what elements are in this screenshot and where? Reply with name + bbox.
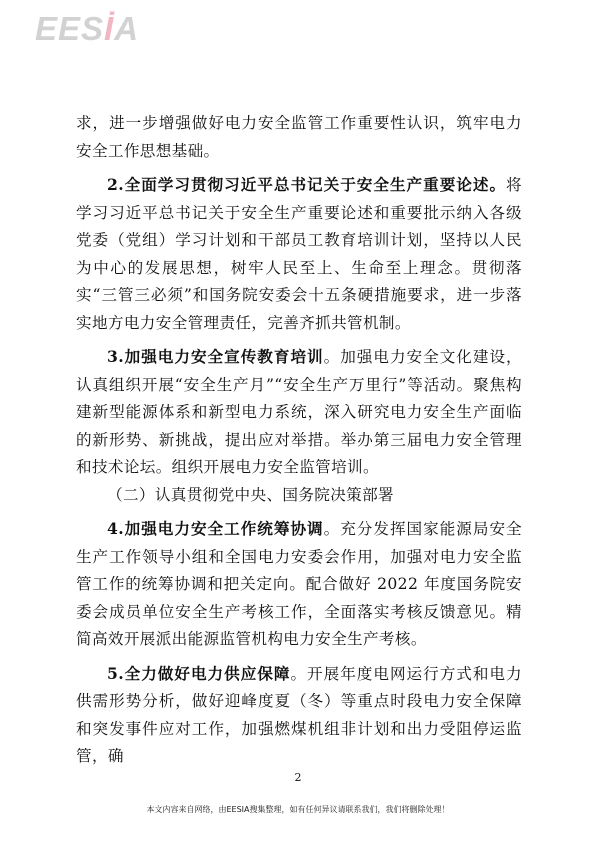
paragraph-item-4: 4.加强电力安全工作统筹协调。充分发挥国家能源局安全生产工作领导小组和全国电力安… <box>76 515 522 654</box>
paragraph-item-2: 2.全面学习贯彻习近平总书记关于安全生产重要论述。将学习习近平总书记关于安全生产… <box>76 171 522 337</box>
logo-text-end: A <box>114 10 139 47</box>
paragraph-continuation: 求，进一步增强做好电力安全监管工作重要性认识，筑牢电力安全工作思想基础。 <box>76 110 522 165</box>
item-heading: 3.加强电力安全宣传教育培训 <box>107 347 324 366</box>
item-text: 。充分发挥国家能源局安全生产工作领导小组和全国电力安委会作用，加强对电力安全监管… <box>76 520 522 648</box>
footer-disclaimer: 本文内容来自网络，由EESIA搜集整理，如有任何异议请联系我们，我们将删除处理！ <box>0 804 596 815</box>
section-heading: （二）认真贯彻党中央、国务院决策部署 <box>76 482 522 510</box>
item-heading: 2.全面学习贯彻习近平总书记关于安全生产重要论述。 <box>107 175 506 194</box>
document-body: 求，进一步增强做好电力安全监管工作重要性认识，筑牢电力安全工作思想基础。 2.全… <box>76 110 522 771</box>
item-heading: 4.加强电力安全工作统筹协调 <box>107 519 324 538</box>
paragraph-item-5: 5.全力做好电力供应保障。开展年度电网运行方式和电力供需形势分析，做好迎峰度夏（… <box>76 660 522 771</box>
page-number: 2 <box>0 771 596 784</box>
eesia-logo: EESİA <box>35 10 139 48</box>
item-text: 。加强电力安全文化建设，认真组织开展“安全生产月”“安全生产万里行”等活动。聚焦… <box>76 348 522 476</box>
paragraph-item-3: 3.加强电力安全宣传教育培训。加强电力安全文化建设，认真组织开展“安全生产月”“… <box>76 343 522 482</box>
item-heading: 5.全力做好电力供应保障 <box>107 664 290 683</box>
logo-i: İ <box>104 10 114 47</box>
logo-text: EES <box>35 10 104 47</box>
item-text: 将学习习近平总书记关于安全生产重要论述和重要批示纳入各级党委（党组）学习计划和干… <box>76 176 522 332</box>
